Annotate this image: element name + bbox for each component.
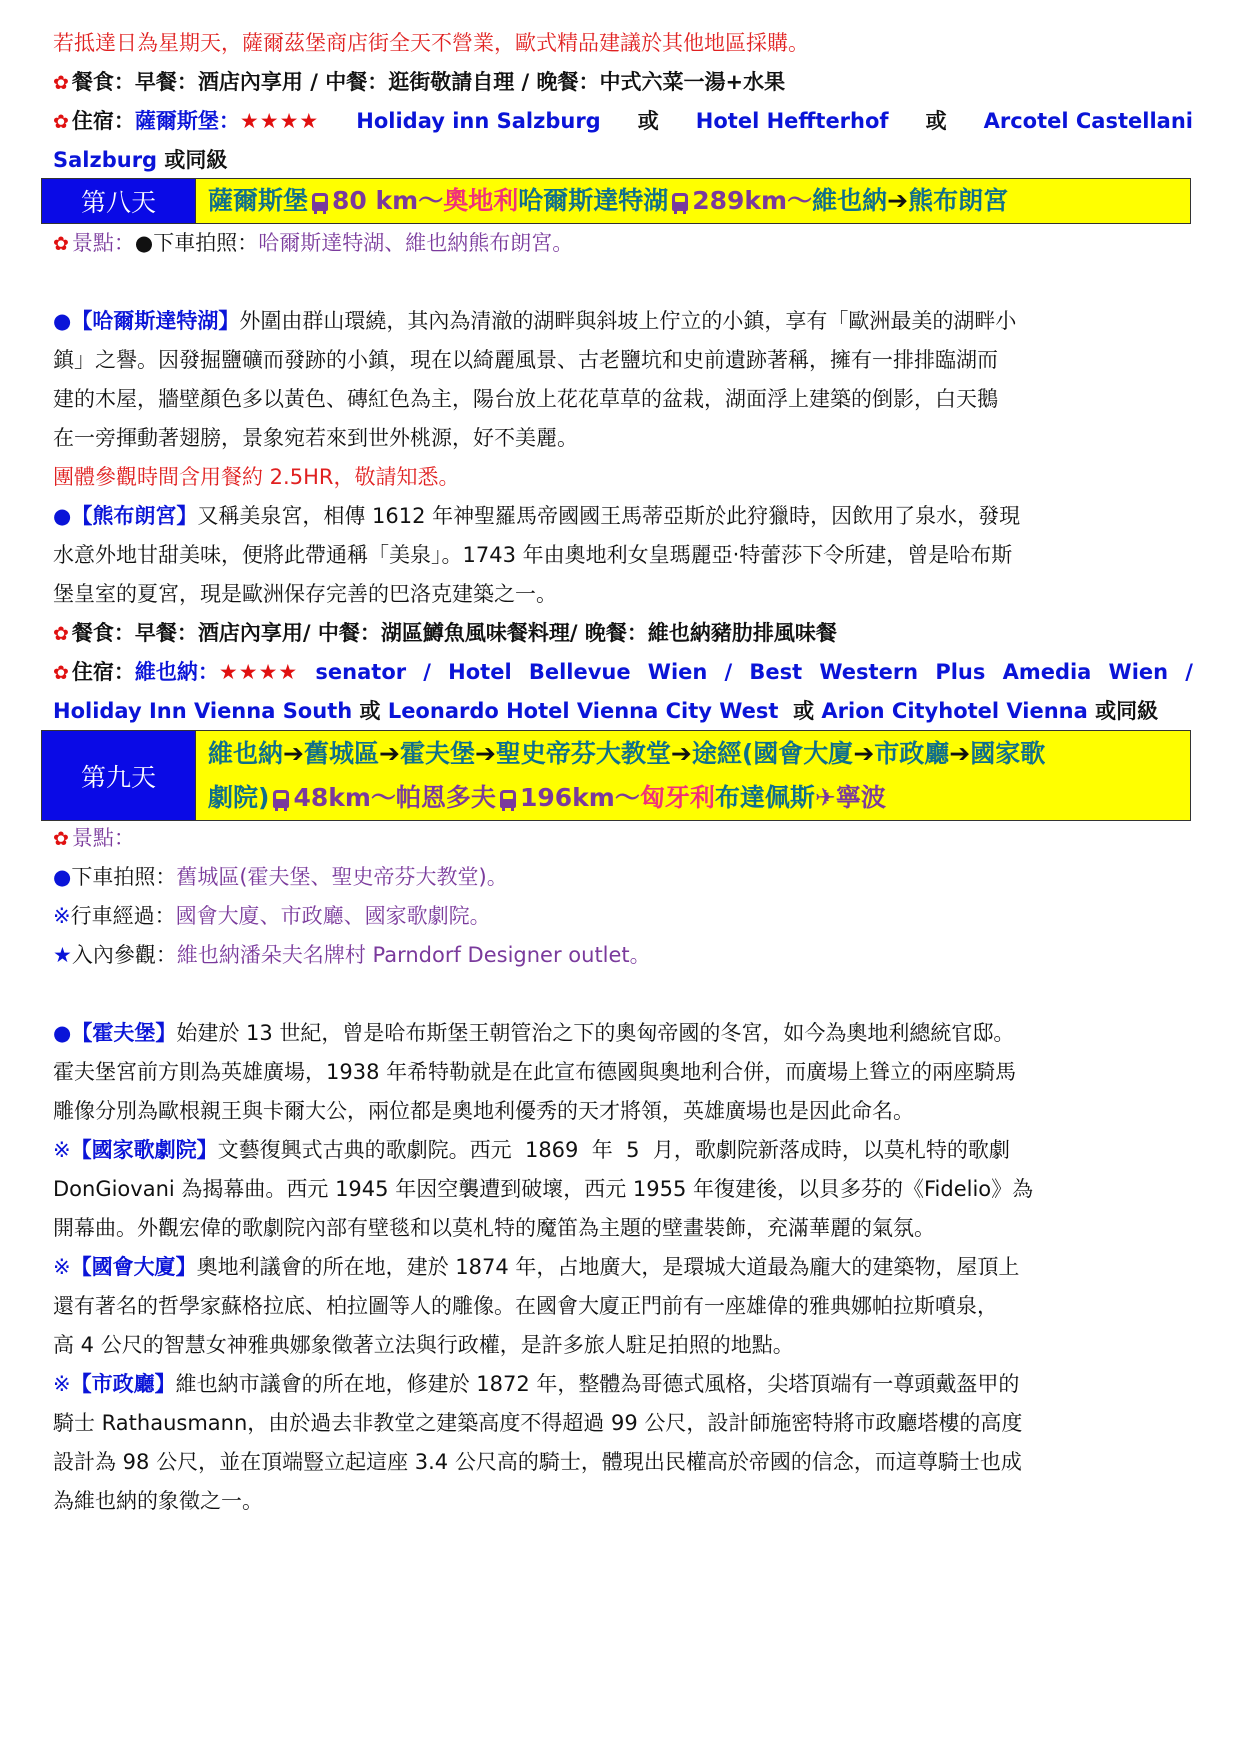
opera-line1: ※【國家歌劇院】文藝復興式古典的歌劇院。西元 1869 年 5 月，歌劇院新落成… <box>53 1129 1193 1172</box>
hofburg-line3: 雕像分別為歐根親王與卡爾大公，兩位都是奧地利優秀的天才將領，英雄廣場也是因此命名… <box>53 1090 1193 1133</box>
day9-header: 第九天 維也納➔舊城區➔霍夫堡➔聖史帝芬大教堂➔途經(國會大廈➔市政廳➔國家歌 … <box>41 730 1191 821</box>
day9-sights-label: ✿景點： <box>53 817 1193 861</box>
section-title: 【市政廳】 <box>71 1372 176 1396</box>
flower-icon: ✿ <box>53 828 69 850</box>
parliament-line2: 還有著名的哲學家蘇格拉底、柏拉圖等人的雕像。在國會大廈正門前有一座雄偉的雅典娜帕… <box>53 1285 1193 1328</box>
bus-icon <box>672 193 688 211</box>
arrow-icon: ➔ <box>853 739 874 768</box>
arrow-icon: ➔ <box>887 186 908 215</box>
day8-sights: ✿景點：●下車拍照：哈爾斯達特湖、維也納熊布朗宮。 <box>53 222 1193 266</box>
reference-mark-icon: ※ <box>53 904 71 928</box>
opera-line3: 開幕曲。外觀宏偉的歌劇院內部有壁毯和以莫札特的魔笛為主題的壁畫裝飾，充滿華麗的氣… <box>53 1207 1193 1250</box>
sunday-notice: 若抵達日為星期天，薩爾茲堡商店街全天不營業，歐式精品建議於其他地區採購。 <box>53 22 1193 65</box>
flower-icon: ✿ <box>53 72 69 94</box>
bullet-icon: ● <box>53 1021 71 1045</box>
reference-mark-icon: ※ <box>53 1255 71 1279</box>
bullet-icon: ● <box>53 865 71 889</box>
arrow-icon: ➔ <box>671 739 692 768</box>
route-line1: 維也納➔舊城區➔霍夫堡➔聖史帝芬大教堂➔途經(國會大廈➔市政廳➔國家歌 <box>208 732 1190 776</box>
flower-icon: ✿ <box>53 662 69 684</box>
section-title: 【國會大廈】 <box>71 1255 197 1279</box>
day9-visit: ★入內參觀：維也納潘朵夫名牌村 Parndorf Designer outlet… <box>53 934 1193 977</box>
day-label: 第九天 <box>42 731 196 820</box>
hofburg-line2: 霍夫堡宮前方則為英雄廣場，1938 年希特勒就是在此宣布德國與奧地利合併，而廣場… <box>53 1051 1193 1094</box>
flower-icon: ✿ <box>53 623 69 645</box>
bullet-icon: ● <box>53 504 71 528</box>
section-title: 【熊布朗宮】 <box>71 504 197 528</box>
hallstatt-line3: 建的木屋，牆壁顏色多以黃色、磚紅色為主，陽台放上花花草草的盆栽，湖面浮上建築的倒… <box>53 378 1193 421</box>
hallstatt-line4: 在一旁揮動著翅膀，景象宛若來到世外桃源，好不美麗。 <box>53 417 1193 460</box>
hallstatt-notice: 團體參觀時間含用餐約 2.5HR，敬請知悉。 <box>53 456 1193 499</box>
section-title: 【哈爾斯達特湖】 <box>71 309 239 333</box>
hotel-name: Arcotel Castellani <box>984 100 1193 144</box>
hallstatt-line2: 鎮」之譽。因發掘鹽礦而發跡的小鎮，現在以綺麗風景、古老鹽坑和史前遺跡著稱，擁有一… <box>53 339 1193 382</box>
arrow-icon: ➔ <box>949 739 970 768</box>
day7-meals: ✿餐食：早餐：酒店內享用 / 中餐：逛街敬請自理 / 晚餐：中式六菜一湯+水果 <box>53 61 1193 105</box>
day8-meals: ✿餐食：早餐：酒店內享用/ 中餐：湖區鱒魚風味餐料理/ 晚餐：維也納豬肋排風味餐 <box>53 612 1193 656</box>
hotel-name: Arion Cityhotel Vienna <box>821 699 1087 723</box>
day-route: 薩爾斯堡80 km～奧地利哈爾斯達特湖289km～維也納➔熊布朗宮 <box>196 179 1190 223</box>
day9-pass-by: ※行車經過：國會大廈、市政廳、國家歌劇院。 <box>53 895 1193 938</box>
opera-line2: DonGiovani 為揭幕曲。西元 1945 年因空襲遭到破壞，西元 1955… <box>53 1168 1193 1211</box>
day8-hotel-line2: Holiday Inn Vienna South 或 Leonardo Hote… <box>53 690 1193 733</box>
star-rating: ★★★★ <box>219 660 298 684</box>
hofburg-line1: ●【霍夫堡】始建於 13 世紀，曾是哈布斯堡王朝管治之下的奧匈帝國的冬宮，如今為… <box>53 1012 1193 1055</box>
bus-icon <box>500 790 516 808</box>
hotel-name: Hotel Heffterhof <box>696 100 889 144</box>
day8-header: 第八天 薩爾斯堡80 km～奧地利哈爾斯達特湖289km～維也納➔熊布朗宮 <box>41 178 1191 224</box>
star-icon: ★ <box>53 943 72 967</box>
bus-icon <box>312 193 328 211</box>
day7-hotel-line2: Salzburg 或同級 <box>53 139 1193 182</box>
cityhall-line2: 騎士 Rathausmann，由於過去非教堂之建築高度不得超過 99 公尺，設計… <box>53 1402 1193 1445</box>
day-route: 維也納➔舊城區➔霍夫堡➔聖史帝芬大教堂➔途經(國會大廈➔市政廳➔國家歌 劇院)4… <box>196 731 1190 820</box>
parliament-line3: 高 4 公尺的智慧女神雅典娜象徵著立法與行政權，是許多旅人駐足拍照的地點。 <box>53 1324 1193 1367</box>
day8-hotel-line1: ✿住宿：維也納：★★★★ senator / Hotel Bellevue Wi… <box>53 651 1193 695</box>
cityhall-line3: 設計為 98 公尺，並在頂端豎立起這座 3.4 公尺高的騎士，體現出民權高於帝國… <box>53 1441 1193 1484</box>
section-title: 【國家歌劇院】 <box>71 1138 218 1162</box>
hotel-name: Holiday Inn Vienna South <box>53 699 352 723</box>
day-label: 第八天 <box>42 179 196 223</box>
bus-icon <box>273 790 289 808</box>
reference-mark-icon: ※ <box>53 1372 71 1396</box>
flower-icon: ✿ <box>53 111 69 133</box>
hallstatt-line1: ●【哈爾斯達特湖】外圍由群山環繞，其內為清澈的湖畔與斜坡上佇立的小鎮，享有「歐洲… <box>53 300 1193 343</box>
bullet-icon: ● <box>53 309 71 333</box>
route-line2: 劇院)48km～帕恩多夫196km～匈牙利布達佩斯✈寧波 <box>208 776 1190 820</box>
star-rating: ★★★★ <box>240 109 319 133</box>
section-title: 【霍夫堡】 <box>71 1021 176 1045</box>
schonbrunn-line2: 水意外地甘甜美味，便將此帶通稱「美泉」。1743 年由奧地利女皇瑪麗亞‧特蕾莎下… <box>53 534 1193 577</box>
arrow-icon: ➔ <box>283 739 304 768</box>
cityhall-line4: 為維也納的象徵之一。 <box>53 1480 1193 1523</box>
cityhall-line1: ※【市政廳】維也納市議會的所在地，修建於 1872 年，整體為哥德式風格，尖塔頂… <box>53 1363 1193 1406</box>
hotel-name: Leonardo Hotel Vienna City West <box>388 699 779 723</box>
schonbrunn-line3: 堡皇室的夏宮，現是歐洲保存完善的巴洛克建築之一。 <box>53 573 1193 616</box>
plane-icon: ✈ <box>815 783 836 812</box>
arrow-icon: ➔ <box>475 739 496 768</box>
schonbrunn-line1: ●【熊布朗宮】又稱美泉宮，相傳 1612 年神聖羅馬帝國國王馬蒂亞斯於此狩獵時，… <box>53 495 1193 538</box>
hotel-name: Holiday inn Salzburg <box>356 100 600 144</box>
flower-icon: ✿ <box>53 233 69 255</box>
arrow-icon: ➔ <box>379 739 400 768</box>
parliament-line1: ※【國會大廈】奧地利議會的所在地，建於 1874 年，占地廣大，是環城大道最為龐… <box>53 1246 1193 1289</box>
reference-mark-icon: ※ <box>53 1138 71 1162</box>
day9-photo-stop: ●下車拍照：舊城區(霍夫堡、聖史帝芬大教堂)。 <box>53 856 1193 899</box>
itinerary-page: 若抵達日為星期天，薩爾茲堡商店街全天不營業，歐式精品建議於其他地區採購。 ✿餐食… <box>0 0 1241 1755</box>
day7-hotel-line1: ✿住宿：薩爾斯堡：★★★★ Holiday inn Salzburg 或 Hot… <box>53 100 1193 144</box>
